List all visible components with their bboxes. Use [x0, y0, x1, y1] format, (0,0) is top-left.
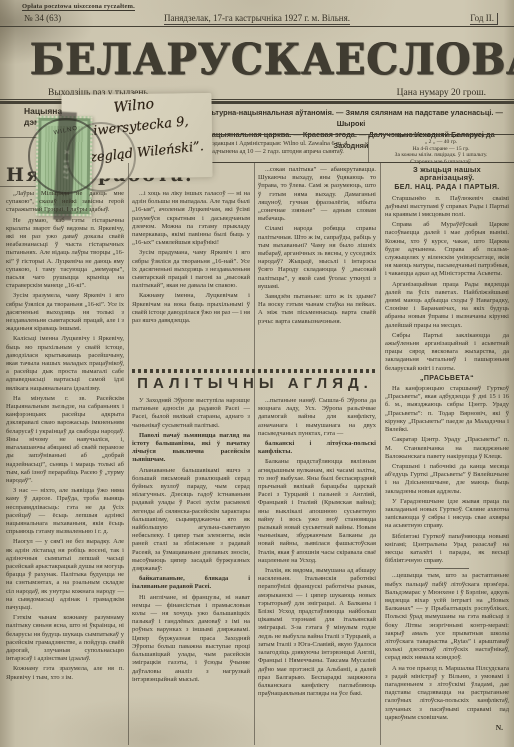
dateline: Панядзелак, 17-га кастрычніка 1927 г. м.…	[0, 13, 514, 23]
postmark-circle-2	[66, 122, 136, 192]
bold-lead-paragraph: балканскі і літоўска-польскі канфлікты.	[258, 440, 376, 456]
paragraph: ...цешыцца тым, што за растаптаньне выбу…	[385, 572, 509, 662]
bold-lead-paragraph: Паволі пачаў зьмяняцца пагляд на істоту …	[132, 432, 250, 465]
article-signature: N.	[385, 724, 509, 732]
article1-column-3: ...сокая палітыка” — абанкрутавацца. Шук…	[258, 166, 376, 365]
subsection-prasveta: „ПРАСЬВЕТА“	[385, 375, 509, 383]
paragraph: Сіламі народа робяцца справы палітычныя.…	[258, 225, 376, 291]
column-divider-1	[128, 163, 129, 745]
admin-address: Рэдакцыя і Адміністрацыя: Wilno ul. Zawa…	[190, 137, 366, 156]
paragraph: ...сокая палітыка” — абанкрутавацца. Шук…	[258, 166, 376, 223]
subsection-divider	[425, 568, 469, 569]
paragraph: Апанаваньне бальшавікамі яшчэ з большай …	[132, 467, 250, 574]
paragraph: Сябры Партыі заклікаюцца да ажыўленьня а…	[385, 332, 509, 373]
paragraph: Старшынёю п. Паўлюкевіч сваімі даўнымі в…	[385, 195, 509, 220]
paragraph: Бібліятэкі Гурткоў папаўняюцца новымі кн…	[385, 533, 509, 566]
paragraph: ...і хоць на ліку іншых галасоў — ні на …	[132, 190, 250, 247]
paragraph: Зусім зразумела, чаму Яркевіч і яго сябр…	[6, 292, 124, 333]
ad-rates-box: Цана абвестак: На 1 старане — 30 гр. „ 2…	[372, 133, 510, 165]
paragraph: Кажнаму іменна, Луцкевічам і Яркевічам н…	[132, 292, 250, 325]
paragraph: Кожнаму гэта зразумела, але ня п. Яркеві…	[6, 665, 124, 681]
organizations-column: З жыцьця нашых арганізацыяў. БЕЛ. НАЦ. Р…	[385, 166, 509, 743]
bold-lead-paragraph: байкатаваньне, блякада і ізаляваньне рад…	[132, 575, 250, 591]
year-label: Год II.	[470, 13, 498, 25]
handwriting-city: Wilno	[113, 96, 155, 116]
masthead-word-2: СЛОВА	[366, 34, 514, 85]
paragraph: Італія, як вядома, вымушана ад абшару на…	[258, 567, 376, 698]
admin-line-1: Рэдакцыя і Адміністрацыя: Wilno ul. Zawa…	[190, 140, 366, 148]
article1-column-2: ...і хоць на ліку іншых галасоў — ні на …	[132, 190, 250, 365]
paragraph: Старшыні і пабочнікі да канца месяца аб'…	[385, 463, 509, 496]
political-review-headline: ПАЛІТЫЧНЫ АГЛЯД.	[132, 375, 378, 392]
column-divider-2	[254, 163, 255, 745]
left-short-rule-2	[0, 186, 36, 187]
newspaper-page: Opłata pocztowa uiszczona ryczałtem. № 3…	[0, 0, 514, 747]
section-ornament-rule	[132, 369, 378, 373]
paragraph: На канфэрэнцыю старшыняў Гурткоў „Прасьв…	[385, 385, 509, 434]
masthead-word-1: БЕЛАРУСКАЕ	[30, 34, 366, 85]
paragraph: „Лаўры Мільціяда не даюць мне супакою”, …	[6, 190, 124, 215]
dateline-text: Панядзелак, 17-га кастрычніка 1927 г. м.…	[164, 13, 350, 25]
paragraph: ...пытаньне наняў. Сышла-б Эўропа да моц…	[258, 397, 376, 438]
paragraph: Балканы прадстаўляюцца вялізным агнядышн…	[258, 458, 376, 565]
masthead-title: БЕЛАРУСКАЕ СЛОВА	[30, 28, 482, 91]
paragraph: У Заходняй Эўропе выступіла нарэшце пыта…	[132, 397, 250, 430]
paragraph: Завядзём пытаньне: што ж іх здыме? На во…	[258, 293, 376, 326]
paragraph: Справа аб Мураўёўскай Царкве пасоўваецца…	[385, 221, 509, 278]
paragraph: Арганізацыйная праца Рады вядзецца далей…	[385, 281, 509, 330]
subsection-rada-party: БЕЛ. НАЦ. РАДА І ПАРТЫЯ.	[385, 184, 509, 192]
paragraph: Не думаю, каб гэты гістарычны крылаты зв…	[6, 217, 124, 291]
paragraph: Зусім прадумана, чаму Яркевіч і яго сябр…	[132, 249, 250, 290]
political-column-b: ...пытаньне наняў. Сышла-б Эўропа да моц…	[258, 397, 376, 743]
slogan-line-1: культурна-нацыянальная аўтаномія. — Зямл…	[190, 107, 512, 129]
paragraph: Ні англічане, ні французы, ні нават немц…	[132, 594, 250, 684]
paragraph: Калісьці іменна Луцкевічу і Яркевічу, бы…	[6, 335, 124, 392]
price-note: Цана нумару 20 грош.	[397, 88, 486, 98]
organizations-header: З жыцьця нашых арганізацыяў.	[385, 166, 509, 182]
admin-line-2: адчынена ад 10 — 2 гадз. штодня апрача с…	[190, 148, 366, 156]
political-column-a: У Заходняй Эўропе выступіла нарэшце пыта…	[132, 397, 250, 743]
column-divider-3	[380, 163, 381, 745]
paragraph: Сакратар Цэнтр. Ураду „Прасьветы” п. М. …	[385, 436, 509, 461]
adbox-divider	[368, 135, 369, 163]
paragraph: У Гарадзеншчыне ідзе жывая праца па закл…	[385, 498, 509, 531]
paragraph: З нас — ніхто, але зьявіцца ўжо няма кам…	[6, 487, 124, 536]
postal-note: Opłata pocztowa uiszczona ryczałtem.	[22, 3, 135, 11]
paragraph: На мінулым г. зв. Расейскім Нацыянальным…	[6, 395, 124, 485]
article1-column-1: „Лаўры Мільціяда не даюць мне супакою”, …	[6, 190, 124, 742]
paragraph: Наогул — у сям'і не без вырадку. Але як …	[6, 538, 124, 612]
paragraph: А на тое прыезд п. Маршалка Пілсудскага …	[385, 665, 509, 722]
paragraph: Гэткім чынам кожнаму разумнаму палітыку …	[6, 614, 124, 663]
